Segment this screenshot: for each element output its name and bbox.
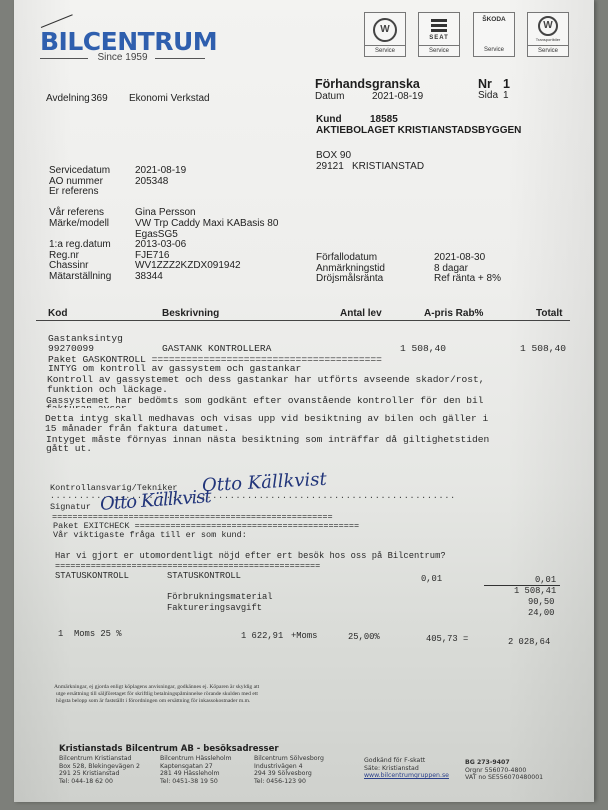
certificate-line: Detta intyg skall medhavas och visas upp… [45,413,488,424]
vat-equals: = [463,634,468,644]
customer-city: KRISTIANSTAD [352,161,424,172]
fee-value: 24,00 [528,608,554,618]
info-label: Er referens [49,186,98,197]
subtotal: 1 508,41 [514,586,556,596]
col-totalt: Totalt [536,308,562,319]
term-label: Anmärkningstid [316,263,385,274]
separator-2: ========================================… [55,561,320,571]
footer-company-ids: BG 273-9407 Orgnr 556070-4800 VAT no SE5… [465,759,543,782]
office-address: Bilcentrum KristianstadBox 528, Blekinge… [59,755,140,785]
document-date: 2021-08-19 [372,91,423,102]
page-number: 1 [503,90,509,101]
vat-count: 1 [58,629,63,639]
col-apris: A-pris Rab% [424,308,483,319]
vw-logo-icon: W [373,18,397,42]
row-price: 1 508,40 [400,343,446,354]
row-price: 0,01 [421,574,442,584]
office-address: Bilcentrum HässleholmKaptensgatan 27281 … [160,755,232,785]
brand-skoda: ŠKODA Service [473,12,515,57]
vat-rate: 25,00% [348,632,380,642]
fee-label: Faktureringsavgift [167,603,262,613]
certificate-line: INTYG om kontroll av gassystem och gasta… [48,363,301,374]
info-label: Chassinr [49,260,88,271]
info-label: 1:a reg.datum [49,239,111,250]
footer-legal: Godkänd för F-skatt Säte: Kristianstad w… [364,757,449,780]
fine-print: Anmärkningar, ej gjorda enligt köplagens… [54,684,259,705]
col-beskrivning: Beskrivning [162,308,219,319]
certificate-line: Intyget måste förnyas innan nästa besikt… [46,434,489,445]
info-value: Gina Persson [135,207,196,218]
info-label: Mätarställning [49,271,111,282]
certificate-line: 15 månader från faktura datumet. [45,423,229,434]
certificate-line: gått ut. [46,443,92,454]
vat-base-suffix: +Moms [291,631,317,641]
page-label: Sida [478,90,498,101]
info-value: FJE716 [135,250,169,261]
row-total: 0,01 [535,575,556,585]
certificate-line: fakturan avser. [46,403,132,408]
brand-seat: SEAT Service [418,12,460,57]
row-code: STATUSKONTROLL [55,571,129,581]
website-link[interactable]: www.bilcentrumgruppen.se [364,772,449,779]
office-address: Bilcentrum SölvesborgIndustrivägen 4294 … [254,755,324,785]
term-label: Dröjsmålsränta [316,273,383,284]
info-value: EgasSG5 [135,229,178,240]
brand-vw-transport: W Transportbiler Service [527,12,569,57]
skoda-logo-icon: ŠKODA [474,16,514,23]
question-intro: Vår viktigaste fråga till er som kund: [53,530,247,540]
customer-address: BOX 90 [316,150,351,161]
document-title: Förhandsgranska [315,77,420,91]
department-number: 369 [91,93,108,104]
department-label: Avdelning [46,93,90,104]
row-total: 1 508,40 [520,343,566,354]
brand-vw: W Service [364,12,406,57]
grand-total: 2 028,64 [508,637,550,647]
nr-label: Nr [478,77,492,91]
fee-value: 90,50 [528,597,554,607]
customer-zip: 29121 [316,161,344,172]
certificate-line: Kontroll av gassystemet och dess gastank… [47,374,485,385]
info-label: Märke/modell [49,218,109,229]
row-description: STATUSKONTROLL [167,571,241,581]
info-value: 2021-08-19 [135,165,186,176]
col-antal: Antal lev [340,308,382,319]
vw-transport-logo-icon: W [538,16,558,36]
customer-name: AKTIEBOLAGET KRISTIANSTADSBYGGEN [316,125,521,136]
signature-label: Signatur [50,502,91,512]
customer-label: Kund [316,114,342,125]
date-label: Datum [315,91,344,102]
department-name: Ekonomi Verkstad [129,93,210,104]
term-value: Ref ränta + 8% [434,273,501,284]
tagline-rule-right [155,58,205,59]
footer-title: Kristianstads Bilcentrum AB - besöksadre… [59,744,279,754]
info-label: Reg.nr [49,250,79,261]
info-value: VW Trp Caddy Maxi KABasis 80 [135,218,278,229]
info-label: Servicedatum [49,165,110,176]
question: Har vi gjort er utomordentligt nöjd efte… [55,551,446,561]
info-value: 38344 [135,271,163,282]
term-label: Förfallodatum [316,252,377,263]
fee-label: Förbrukningsmaterial [167,592,273,602]
nr-value: 1 [503,77,510,91]
table-header-rule [36,320,570,321]
term-value: 8 dagar [434,263,468,274]
info-label: Vår referens [49,207,104,218]
info-value: 205348 [135,176,168,187]
row-code: 99270099 [48,343,94,354]
row-description: GASTANK KONTROLLERA [162,343,271,354]
certificate-line: funktion och läckage. [47,384,168,395]
info-label: AO nummer [49,176,103,187]
seat-logo-icon [431,19,447,33]
vat-amount: 405,73 [426,634,458,644]
info-value: WV1ZZZ2KZDX091942 [135,260,241,271]
vat-base: 1 622,91 [241,631,283,641]
term-value: 2021-08-30 [434,252,485,263]
vat-label: Moms 25 % [74,629,122,639]
col-kod: Kod [48,308,67,319]
info-value: 2013-03-06 [135,239,186,250]
customer-number: 18585 [370,114,398,125]
